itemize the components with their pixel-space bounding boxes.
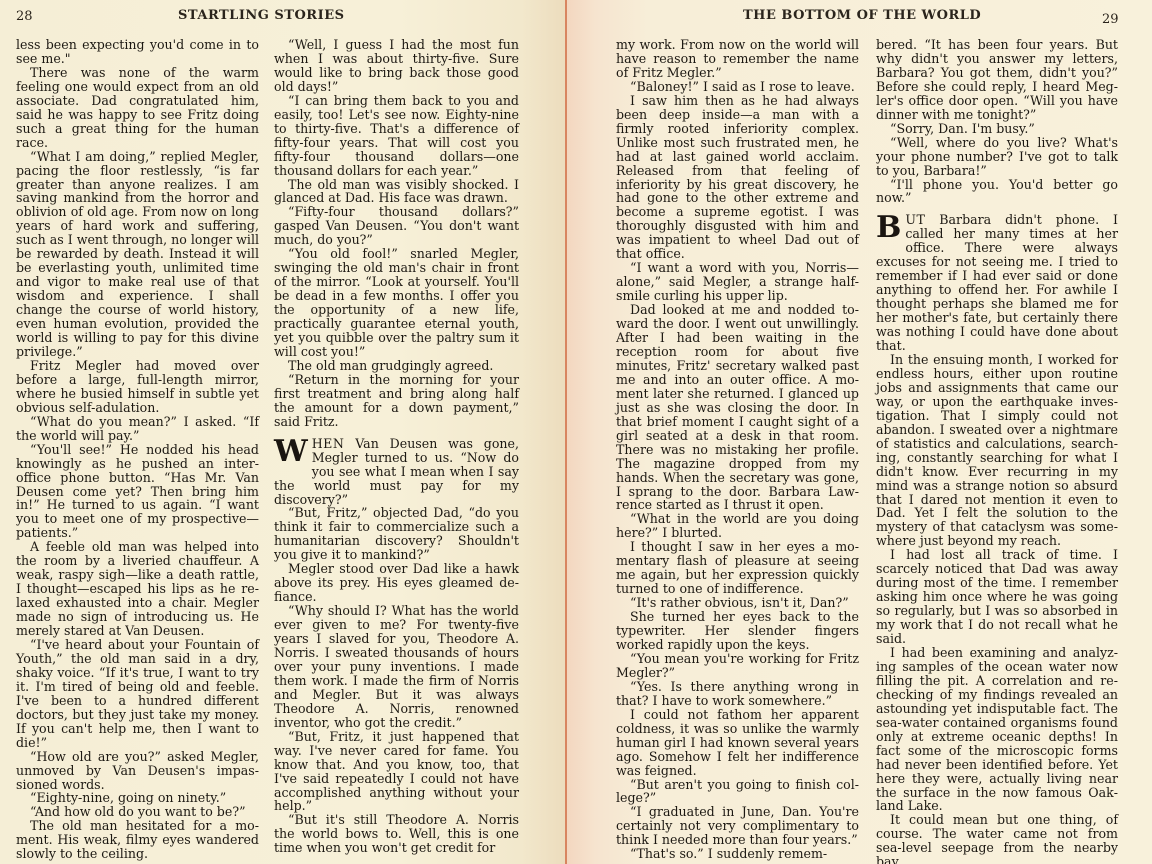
paragraph: “And how old do you want to be?” [16,805,259,819]
paragraph: I saw him then as he had always been dee… [616,94,859,261]
paragraph: She turned her eyes back to the typewrit… [616,610,859,652]
left-column-1: less been expecting you'd come in to see… [16,38,259,861]
paragraph: “But, Fritz, it just happened that way. … [274,730,519,814]
paragraph: “What in the world are you doing here?” … [616,512,859,540]
paragraph: I had been examining and analyz­ing samp… [876,646,1118,813]
section-opening-paragraph: WHEN Van Deusen was gone, Megler turned … [274,437,519,507]
left-running-head: STARTLING STORIES [178,8,345,23]
paragraph: I thought I saw in her eyes a mo­mentary… [616,540,859,596]
paragraph: It could mean but one thing, of course. … [876,813,1118,864]
paragraph: “Well, where do you live? What's your ph… [876,136,1118,178]
paragraph: “Return in the morning for your first tr… [274,373,519,429]
right-column-2: bered. “It has been four years. But why … [876,38,1118,864]
paragraph: “But it's still Theodore A. Norris the w… [274,813,519,855]
paragraph: “You mean you're working for Fritz Megle… [616,652,859,680]
paragraph: There was none of the warm feeling one w… [16,66,259,150]
paragraph: “That's so.” I suddenly remem- [616,847,859,861]
paragraph: In the ensuing month, I worked for endle… [876,353,1118,548]
paragraph: “What I am doing,” replied Megler, pacin… [16,150,259,359]
paragraph: “I want a word with you, Norris—alone,” … [616,261,859,303]
magazine-spread: 28 STARTLING STORIES less been expecting… [0,0,1152,864]
paragraph: “Baloney!” I said as I rose to leave. [616,80,859,94]
paragraph: Dad looked at me and nodded to­ward the … [616,303,859,512]
left-page: 28 STARTLING STORIES less been expecting… [0,0,566,864]
paragraph: Megler stood over Dad like a hawk above … [274,562,519,604]
right-column-1: my work. From now on the world will have… [616,38,859,861]
paragraph: “You old fool!” snarled Megler, swinging… [274,247,519,359]
gutter-divider [565,0,567,864]
paragraph: “I've heard about your Fountain of Youth… [16,638,259,750]
paragraph: The old man was visibly shocked. I glanc… [274,178,519,206]
left-page-number: 28 [16,9,33,24]
paragraph: “It's rather obvious, isn't it, Dan?” [616,596,859,610]
paragraph: The old man grudgingly agreed. [274,359,519,373]
paragraph: “What do you mean?” I asked. “If the wor… [16,415,259,443]
paragraph: “I can bring them back to you and easily… [274,94,519,178]
left-column-2: “Well, I guess I had the most fun when I… [274,38,519,855]
right-page: THE BOTTOM OF THE WORLD 29 my work. From… [566,0,1152,864]
paragraph: “I'll phone you. You'd better go now.” [876,178,1118,206]
section-opening-paragraph: BUT Barbara didn't phone. I called her m… [876,213,1118,353]
paragraph: my work. From now on the world will have… [616,38,859,80]
paragraph: “You'll see!” He nodded his head knowing… [16,443,259,541]
drop-cap-letter: W [274,439,308,465]
paragraph: “Fifty-four thousand dollars?” gasped Va… [274,205,519,247]
paragraph: “Eighty-nine, going on ninety.” [16,791,259,805]
paragraph: less been expecting you'd come in to see… [16,38,259,66]
paragraph: A feeble old man was helped into the roo… [16,540,259,638]
paragraph: I had lost all track of time. I scarcely… [876,548,1118,646]
drop-cap-letter: B [876,215,901,241]
paragraph: Fritz Megler had moved over before a lar… [16,359,259,415]
paragraph: “But aren't you going to finish col­lege… [616,778,859,806]
paragraph: “Yes. Is there anything wrong in that? I… [616,680,859,708]
lead-in-caps: UT [905,212,925,227]
right-page-number: 29 [1102,12,1119,27]
paragraph: “Why should I? What has the world ever g… [274,604,519,730]
paragraph: “Sorry, Dan. I'm busy.” [876,122,1118,136]
paragraph: “But, Fritz,” objected Dad, “do you thin… [274,506,519,562]
paragraph: “How old are you?” asked Megler, unmoved… [16,750,259,792]
right-running-head: THE BOTTOM OF THE WORLD [743,8,981,23]
paragraph: The old man hesitated for a mo­ment. His… [16,819,259,861]
paragraph: “I graduated in June, Dan. You're certai… [616,805,859,847]
lead-in-caps: HEN [312,436,345,451]
paragraph: bered. “It has been four years. But why … [876,38,1118,122]
paragraph: “Well, I guess I had the most fun when I… [274,38,519,94]
paragraph: I could not fathom her apparent coldness… [616,708,859,778]
